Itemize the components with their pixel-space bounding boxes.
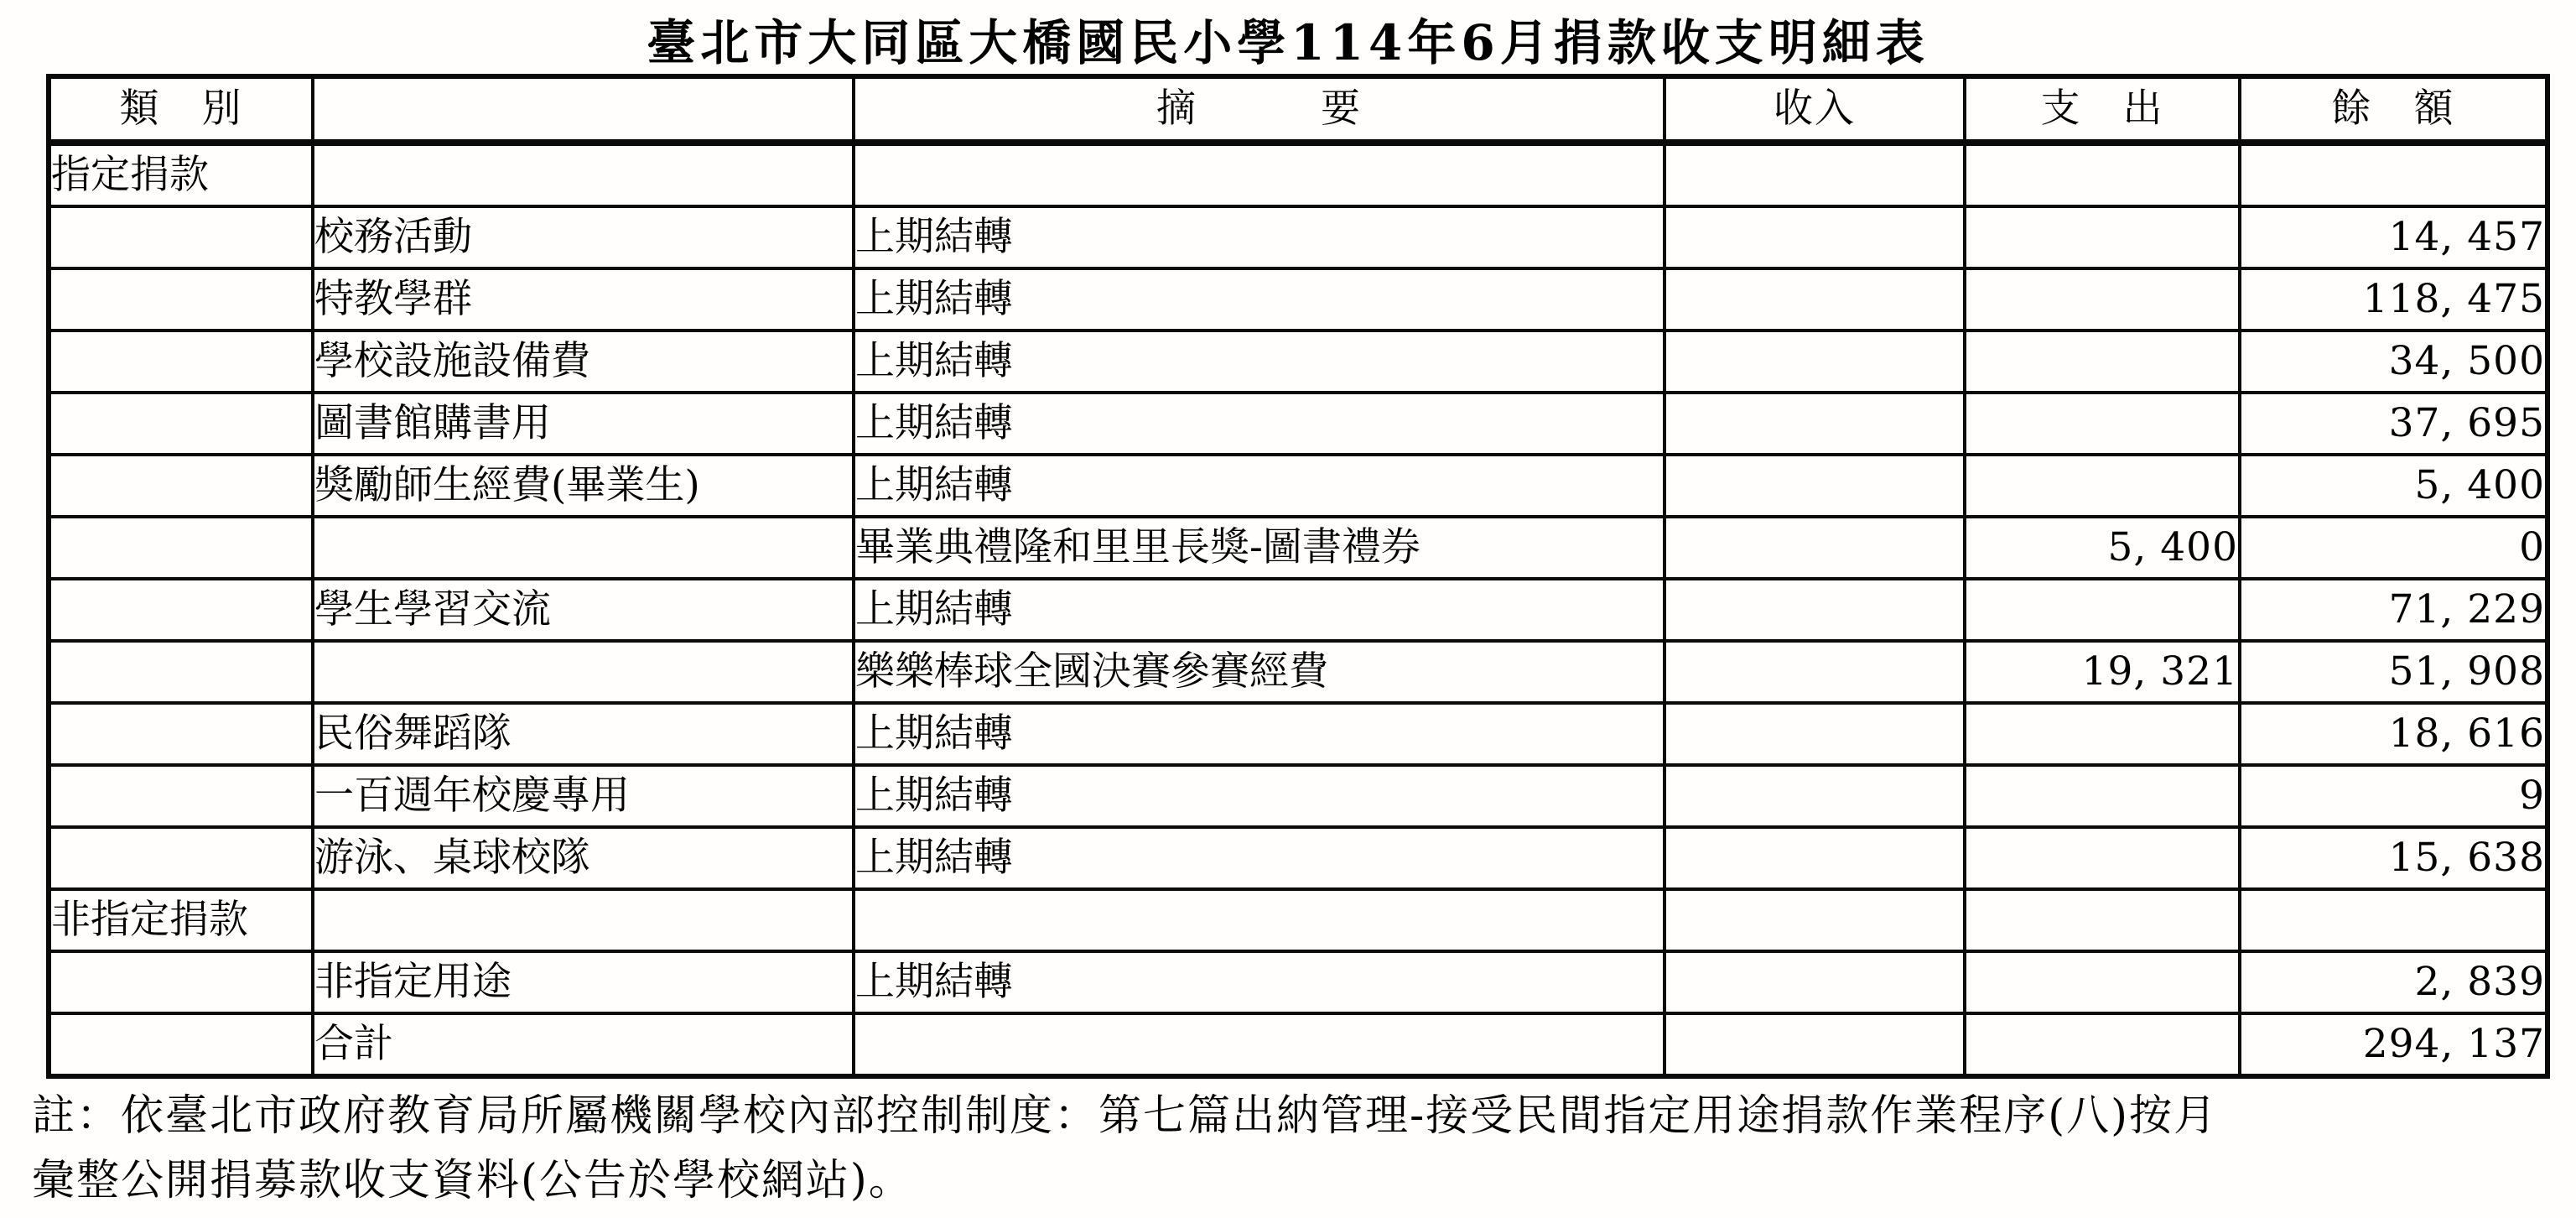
cell-income: [1665, 143, 1965, 206]
table-row: 學校設施設備費 上期結轉 34, 500: [49, 331, 2547, 393]
cell-category: [49, 703, 313, 765]
table-row: 民俗舞蹈隊 上期結轉 18, 616: [49, 703, 2547, 765]
table-row: 畢業典禮隆和里里長獎-圖書禮券 5, 400 0: [49, 517, 2547, 579]
cell-income: [1665, 393, 1965, 455]
cell-subcategory: 特教學群: [313, 268, 854, 331]
cell-subcategory: [313, 889, 854, 951]
cell-category: 非指定捐款: [49, 889, 313, 951]
cell-summary: 上期結轉: [854, 951, 1665, 1013]
table-row: 獎勵師生經費(畢業生) 上期結轉 5, 400: [49, 455, 2547, 517]
cell-expense: [1965, 951, 2240, 1013]
cell-category: [49, 1013, 313, 1076]
cell-income: [1665, 268, 1965, 331]
cell-subcategory: 合計: [313, 1013, 854, 1076]
cell-balance: 294, 137: [2240, 1013, 2547, 1076]
table-header-row: 類 別 摘 要 收入 支 出 餘 額: [49, 76, 2547, 143]
cell-summary: 上期結轉: [854, 827, 1665, 889]
cell-income: [1665, 517, 1965, 579]
cell-expense: [1965, 765, 2240, 827]
cell-income: [1665, 455, 1965, 517]
cell-expense: [1965, 143, 2240, 206]
cell-balance: 18, 616: [2240, 703, 2547, 765]
table-row: 合計 294, 137: [49, 1013, 2547, 1076]
cell-summary: 上期結轉: [854, 455, 1665, 517]
cell-summary: [854, 143, 1665, 206]
table-row: 校務活動 上期結轉 14, 457: [49, 206, 2547, 268]
cell-balance: 9: [2240, 765, 2547, 827]
cell-category: [49, 579, 313, 641]
header-income: 收入: [1665, 76, 1965, 143]
cell-category: [49, 765, 313, 827]
cell-income: [1665, 579, 1965, 641]
cell-category: [49, 951, 313, 1013]
cell-expense: [1965, 455, 2240, 517]
cell-subcategory: [313, 641, 854, 703]
cell-expense: [1965, 331, 2240, 393]
cell-category: [49, 268, 313, 331]
table-row: 樂樂棒球全國決賽參賽經費 19, 321 51, 908: [49, 641, 2547, 703]
cell-summary: 上期結轉: [854, 703, 1665, 765]
cell-balance: 118, 475: [2240, 268, 2547, 331]
cell-subcategory: 民俗舞蹈隊: [313, 703, 854, 765]
cell-subcategory: 一百週年校慶專用: [313, 765, 854, 827]
donation-ledger-table: 類 別 摘 要 收入 支 出 餘 額 指定捐款 校務活動 上期結轉: [46, 74, 2550, 1079]
table-row: 圖書館購書用 上期結轉 37, 695: [49, 393, 2547, 455]
header-category: 類 別: [49, 76, 313, 143]
footnote-line-2: 彙整公開捐募款收支資料(公告於學校網站)。: [32, 1148, 2556, 1213]
cell-summary: 上期結轉: [854, 268, 1665, 331]
cell-summary: 上期結轉: [854, 206, 1665, 268]
cell-expense: 5, 400: [1965, 517, 2240, 579]
header-subcategory: [313, 76, 854, 143]
cell-balance: 71, 229: [2240, 579, 2547, 641]
cell-summary: 畢業典禮隆和里里長獎-圖書禮券: [854, 517, 1665, 579]
cell-income: [1665, 331, 1965, 393]
table-row: 一百週年校慶專用 上期結轉 9: [49, 765, 2547, 827]
cell-expense: [1965, 579, 2240, 641]
cell-summary: 樂樂棒球全國決賽參賽經費: [854, 641, 1665, 703]
document-title: 臺北市大同區大橋國民小學114年6月捐款收支明細表: [0, 3, 2576, 74]
table-row: 非指定用途 上期結轉 2, 839: [49, 951, 2547, 1013]
cell-subcategory: 獎勵師生經費(畢業生): [313, 455, 854, 517]
cell-balance: 15, 638: [2240, 827, 2547, 889]
cell-category: 指定捐款: [49, 143, 313, 206]
cell-balance: 34, 500: [2240, 331, 2547, 393]
cell-subcategory: 游泳、桌球校隊: [313, 827, 854, 889]
cell-balance: 2, 839: [2240, 951, 2547, 1013]
table-row: 特教學群 上期結轉 118, 475: [49, 268, 2547, 331]
cell-income: [1665, 1013, 1965, 1076]
cell-category: [49, 827, 313, 889]
cell-category: [49, 393, 313, 455]
cell-income: [1665, 641, 1965, 703]
cell-subcategory: 學生學習交流: [313, 579, 854, 641]
cell-category: [49, 455, 313, 517]
cell-subcategory: 校務活動: [313, 206, 854, 268]
cell-summary: 上期結轉: [854, 579, 1665, 641]
cell-expense: [1965, 1013, 2240, 1076]
cell-subcategory: 非指定用途: [313, 951, 854, 1013]
cell-summary: 上期結轉: [854, 331, 1665, 393]
cell-expense: [1965, 268, 2240, 331]
table-row: 指定捐款: [49, 143, 2547, 206]
scanned-document-page: 臺北市大同區大橋國民小學114年6月捐款收支明細表 類 別 摘 要 收入 支 出…: [0, 0, 2576, 1218]
cell-balance: 51, 908: [2240, 641, 2547, 703]
header-expense: 支 出: [1965, 76, 2240, 143]
table-row: 學生學習交流 上期結轉 71, 229: [49, 579, 2547, 641]
cell-subcategory: 圖書館購書用: [313, 393, 854, 455]
table-row: 游泳、桌球校隊 上期結轉 15, 638: [49, 827, 2547, 889]
cell-income: [1665, 703, 1965, 765]
header-summary: 摘 要: [854, 76, 1665, 143]
cell-category: [49, 331, 313, 393]
table-row: 非指定捐款: [49, 889, 2547, 951]
header-balance: 餘 額: [2240, 76, 2547, 143]
cell-expense: [1965, 393, 2240, 455]
cell-expense: 19, 321: [1965, 641, 2240, 703]
cell-summary: [854, 1013, 1665, 1076]
cell-income: [1665, 827, 1965, 889]
cell-subcategory: 學校設施設備費: [313, 331, 854, 393]
cell-balance: [2240, 889, 2547, 951]
footnote: 註：依臺北市政府教育局所屬機關學校內部控制制度：第七篇出納管理-接受民間指定用途…: [32, 1084, 2556, 1213]
footnote-line-1: 註：依臺北市政府教育局所屬機關學校內部控制制度：第七篇出納管理-接受民間指定用途…: [32, 1084, 2556, 1148]
cell-expense: [1965, 206, 2240, 268]
cell-balance: [2240, 143, 2547, 206]
cell-income: [1665, 206, 1965, 268]
cell-balance: 37, 695: [2240, 393, 2547, 455]
cell-category: [49, 517, 313, 579]
cell-expense: [1965, 703, 2240, 765]
cell-subcategory: [313, 517, 854, 579]
cell-income: [1665, 889, 1965, 951]
cell-category: [49, 206, 313, 268]
cell-expense: [1965, 827, 2240, 889]
cell-income: [1665, 951, 1965, 1013]
cell-category: [49, 641, 313, 703]
cell-summary: [854, 889, 1665, 951]
cell-summary: 上期結轉: [854, 765, 1665, 827]
cell-balance: 0: [2240, 517, 2547, 579]
cell-subcategory: [313, 143, 854, 206]
cell-income: [1665, 765, 1965, 827]
cell-balance: 14, 457: [2240, 206, 2547, 268]
cell-summary: 上期結轉: [854, 393, 1665, 455]
cell-balance: 5, 400: [2240, 455, 2547, 517]
cell-expense: [1965, 889, 2240, 951]
